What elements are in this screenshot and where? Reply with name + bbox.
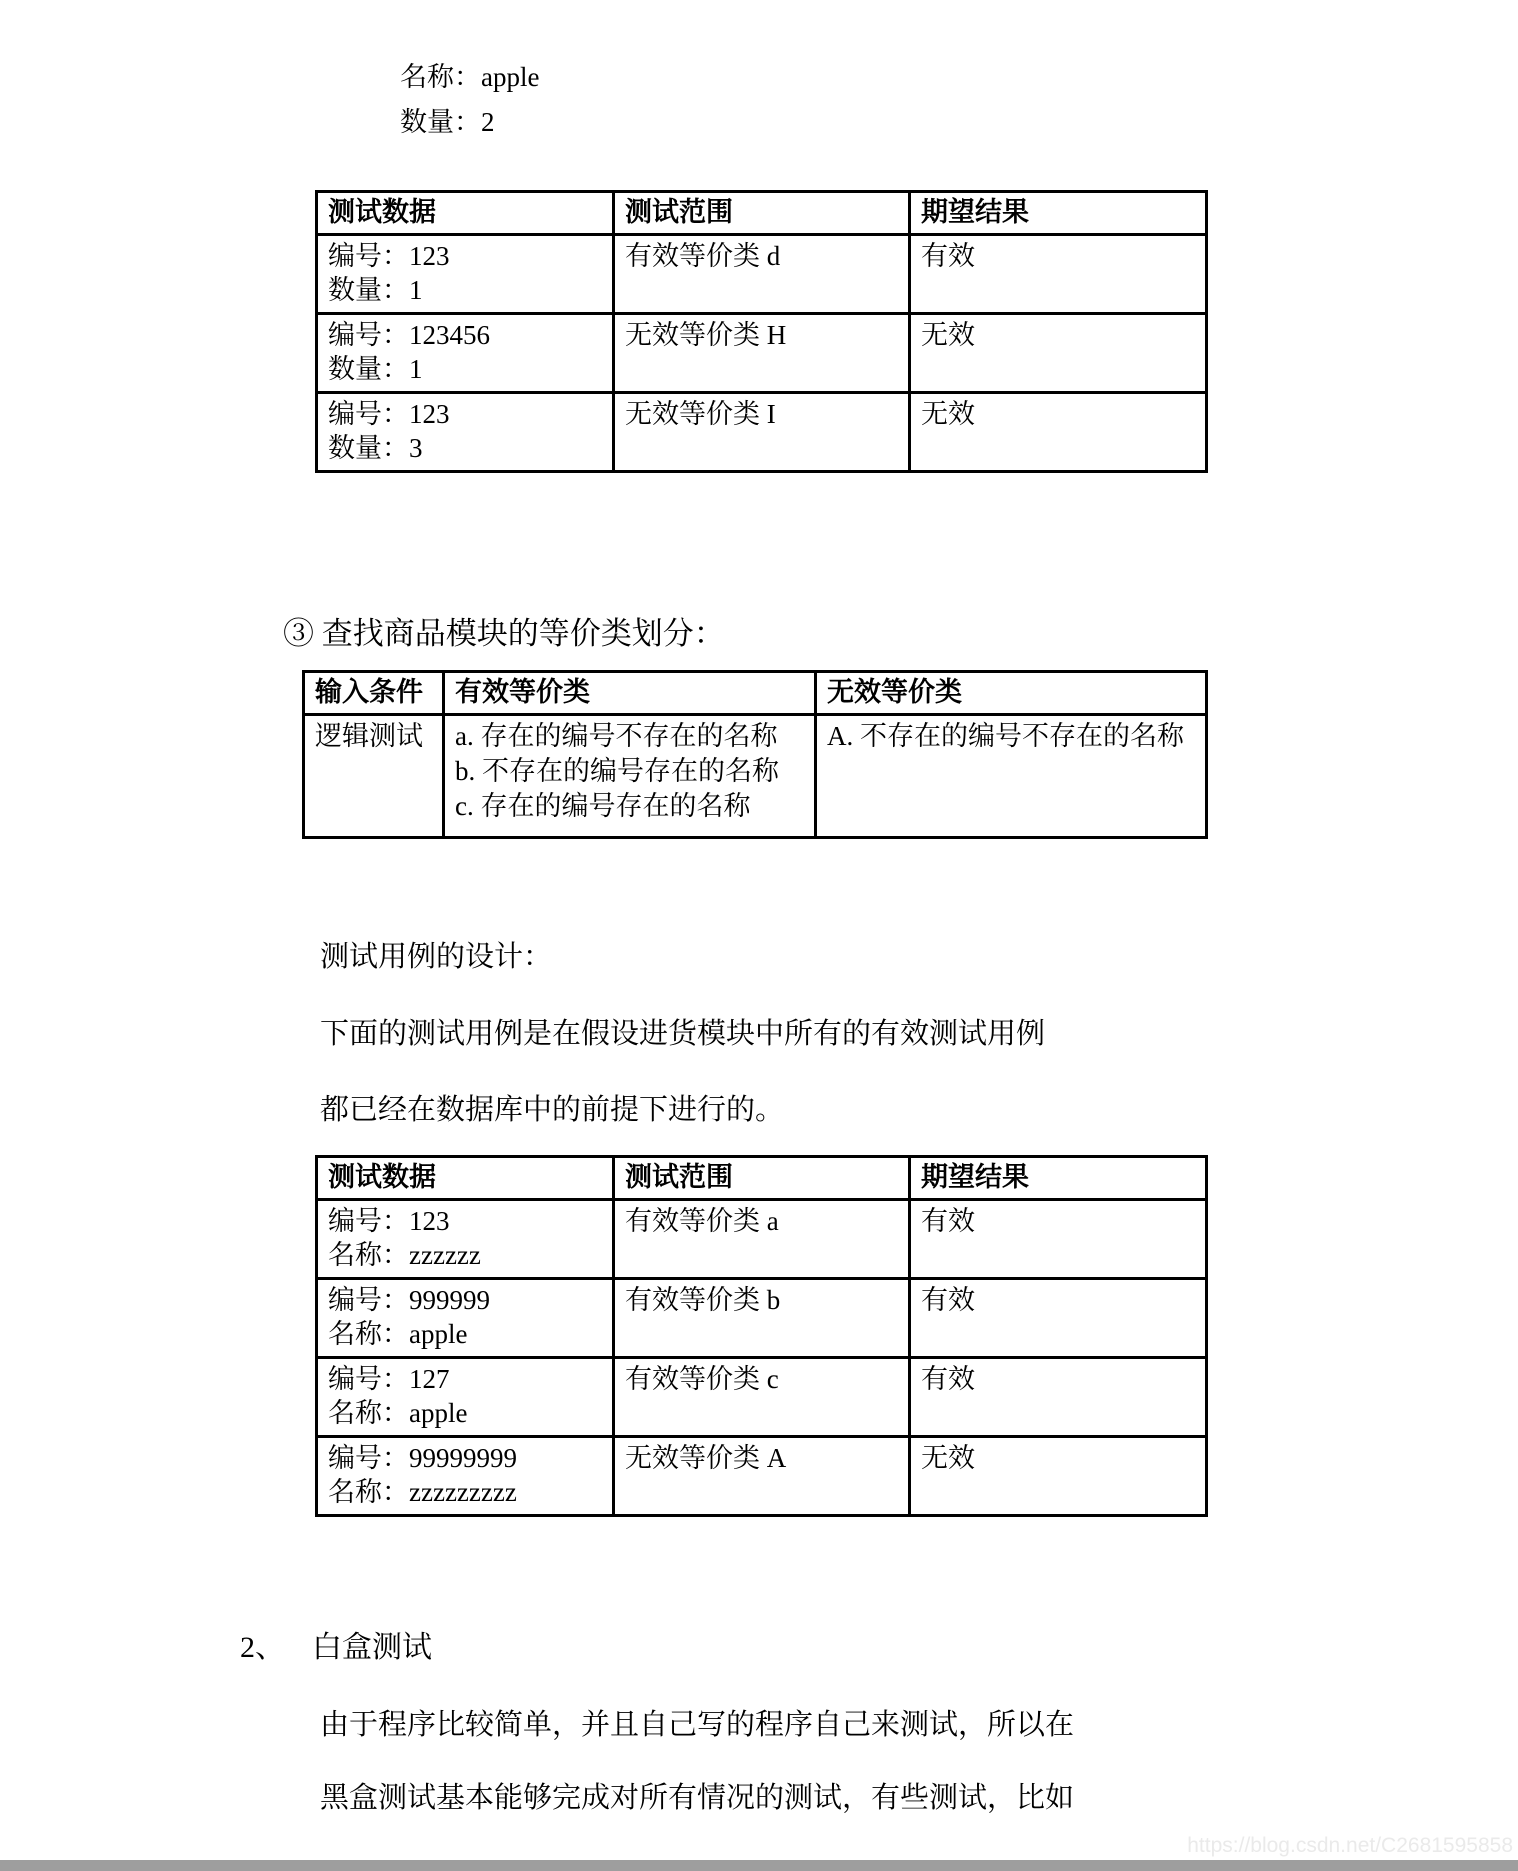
- section-number: 2、: [240, 1622, 312, 1666]
- header-cell-input-condition: 输入条件: [304, 672, 444, 715]
- bottom-gray-bar: [0, 1860, 1518, 1871]
- cell-test-data: 编号：123 数量：3: [317, 393, 614, 472]
- cell-line: 名称：apple: [328, 1317, 602, 1351]
- cell-test-scope: 有效等价类 d: [614, 235, 910, 314]
- document-page: 名称：apple 数量：2 测试数据 测试范围 期望结果 编号：123 数量：1…: [0, 0, 1518, 1871]
- cell-test-data: 编号：123 数量：1: [317, 235, 614, 314]
- cell-line: 名称：apple: [328, 1396, 602, 1430]
- header-cell-test-scope: 测试范围: [614, 1157, 910, 1200]
- cell-expected-result: 无效: [910, 393, 1207, 472]
- cell-expected-result: 无效: [910, 314, 1207, 393]
- cell-line: 数量：3: [328, 431, 602, 465]
- paragraph-line: 都已经在数据库中的前提下进行的。: [320, 1088, 784, 1132]
- cell-test-scope: 无效等价类 H: [614, 314, 910, 393]
- section-heading-equivalence: ③ 查找商品模块的等价类划分：: [283, 608, 725, 653]
- cell-expected-result: 有效: [910, 1279, 1207, 1358]
- cell-line: 数量：1: [328, 352, 602, 386]
- cell-test-data: 编号：999999 名称：apple: [317, 1279, 614, 1358]
- intro-block: 名称：apple 数量：2: [400, 55, 539, 145]
- cell-line: 数量：1: [328, 273, 602, 307]
- test-case-table-1: 测试数据 测试范围 期望结果 编号：123 数量：1 有效等价类 d 有效 编号…: [315, 190, 1208, 473]
- section-title: 白盒测试: [312, 1631, 432, 1664]
- table-header-row: 测试数据 测试范围 期望结果: [317, 1157, 1207, 1200]
- table-row: 编号：999999 名称：apple 有效等价类 b 有效: [317, 1279, 1207, 1358]
- intro-quantity-line: 数量：2: [400, 100, 539, 145]
- header-cell-test-data: 测试数据: [317, 1157, 614, 1200]
- table-row: 编号：123 数量：3 无效等价类 I 无效: [317, 393, 1207, 472]
- cell-line: 编号：123: [328, 239, 602, 273]
- invalid-class-item: A. 不存在的编号不存在的名称: [827, 719, 1195, 754]
- header-cell-test-scope: 测试范围: [614, 192, 910, 235]
- header-cell-valid-class: 有效等价类: [444, 672, 816, 715]
- cell-line: 编号：123: [328, 1204, 602, 1238]
- paragraph-line: 黑盒测试基本能够完成对所有情况的测试，有些测试，比如: [320, 1776, 1074, 1820]
- paragraph-line: 由于程序比较简单，并且自己写的程序自己来测试，所以在: [320, 1703, 1074, 1747]
- cell-invalid-classes: A. 不存在的编号不存在的名称: [816, 715, 1207, 838]
- cell-expected-result: 无效: [910, 1437, 1207, 1516]
- table-header-row: 测试数据 测试范围 期望结果: [317, 192, 1207, 235]
- cell-test-data: 编号：123 名称：zzzzzz: [317, 1200, 614, 1279]
- test-case-table-2: 测试数据 测试范围 期望结果 编号：123 名称：zzzzzz 有效等价类 a …: [315, 1155, 1208, 1517]
- cell-line: 名称：zzzzzzzzz: [328, 1475, 602, 1509]
- cell-test-scope: 无效等价类 A: [614, 1437, 910, 1516]
- equivalence-class-table: 输入条件 有效等价类 无效等价类 逻辑测试 a. 存在的编号不存在的名称 b. …: [302, 670, 1208, 839]
- intro-name-line: 名称：apple: [400, 55, 539, 100]
- cell-test-scope: 有效等价类 c: [614, 1358, 910, 1437]
- cell-expected-result: 有效: [910, 235, 1207, 314]
- valid-class-item: a. 存在的编号不存在的名称: [455, 719, 804, 754]
- cell-valid-classes: a. 存在的编号不存在的名称 b. 不存在的编号存在的名称 c. 存在的编号存在…: [444, 715, 816, 838]
- cell-line: 名称：zzzzzz: [328, 1238, 602, 1272]
- cell-test-scope: 有效等价类 a: [614, 1200, 910, 1279]
- paragraph-line: 下面的测试用例是在假设进货模块中所有的有效测试用例: [320, 1012, 1045, 1056]
- header-cell-expected-result: 期望结果: [910, 192, 1207, 235]
- table-row: 逻辑测试 a. 存在的编号不存在的名称 b. 不存在的编号存在的名称 c. 存在…: [304, 715, 1207, 838]
- cell-line: 编号：999999: [328, 1283, 602, 1317]
- cell-test-scope: 无效等价类 I: [614, 393, 910, 472]
- table-header-row: 输入条件 有效等价类 无效等价类: [304, 672, 1207, 715]
- section-whitebox-heading: 2、白盒测试: [240, 1622, 432, 1666]
- valid-class-item: b. 不存在的编号存在的名称: [455, 754, 804, 789]
- cell-input-condition: 逻辑测试: [304, 715, 444, 838]
- valid-class-item: c. 存在的编号存在的名称: [455, 789, 804, 824]
- header-cell-test-data: 测试数据: [317, 192, 614, 235]
- cell-test-scope: 有效等价类 b: [614, 1279, 910, 1358]
- table-row: 编号：123 数量：1 有效等价类 d 有效: [317, 235, 1207, 314]
- table-row: 编号：123 名称：zzzzzz 有效等价类 a 有效: [317, 1200, 1207, 1279]
- cell-line: 编号：123456: [328, 318, 602, 352]
- cell-test-data: 编号：123456 数量：1: [317, 314, 614, 393]
- cell-line: 编号：123: [328, 397, 602, 431]
- cell-expected-result: 有效: [910, 1358, 1207, 1437]
- cell-expected-result: 有效: [910, 1200, 1207, 1279]
- table-row: 编号：123456 数量：1 无效等价类 H 无效: [317, 314, 1207, 393]
- cell-test-data: 编号：99999999 名称：zzzzzzzzz: [317, 1437, 614, 1516]
- header-cell-expected-result: 期望结果: [910, 1157, 1207, 1200]
- cell-line: 编号：99999999: [328, 1441, 602, 1475]
- header-cell-invalid-class: 无效等价类: [816, 672, 1207, 715]
- table-row: 编号：127 名称：apple 有效等价类 c 有效: [317, 1358, 1207, 1437]
- paragraph-design-title: 测试用例的设计：: [320, 935, 552, 979]
- cell-line: 编号：127: [328, 1362, 602, 1396]
- cell-test-data: 编号：127 名称：apple: [317, 1358, 614, 1437]
- csdn-watermark-text: https://blog.csdn.net/C2681595858: [1187, 1834, 1513, 1858]
- table-row: 编号：99999999 名称：zzzzzzzzz 无效等价类 A 无效: [317, 1437, 1207, 1516]
